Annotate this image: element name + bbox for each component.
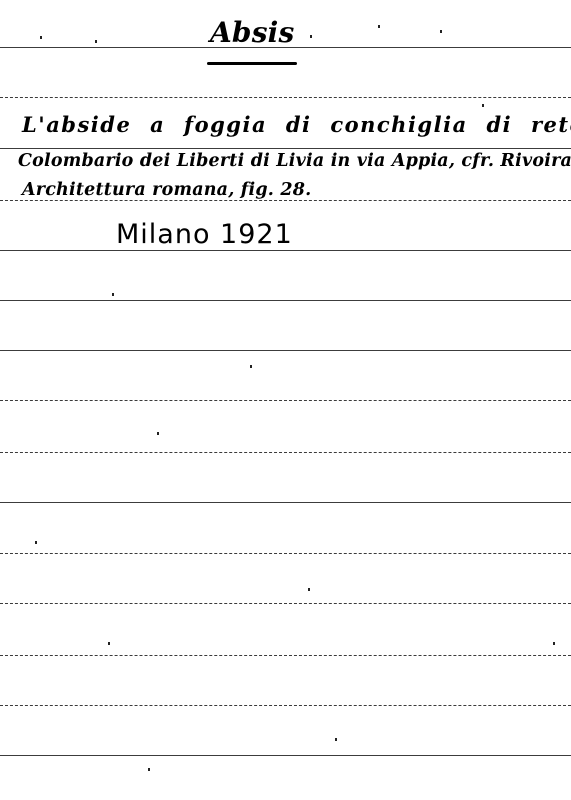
scan-speck — [482, 104, 484, 107]
scan-speck — [310, 35, 312, 38]
scan-speck — [553, 642, 555, 645]
ruled-line — [0, 705, 571, 706]
ruled-line — [0, 603, 571, 604]
ruled-line — [0, 97, 571, 98]
body-line-2: Colombario dei Liberti di Livia in via A… — [18, 151, 571, 171]
scan-speck — [108, 642, 110, 645]
scan-speck — [148, 768, 150, 771]
ruled-line — [0, 148, 571, 149]
ruled-line — [0, 400, 571, 401]
ruled-line — [0, 200, 571, 201]
ruled-line — [0, 300, 571, 301]
scan-speck — [250, 365, 252, 368]
index-card: Absis L'abside a foggia di conchiglia di… — [0, 0, 571, 800]
ruled-line — [0, 553, 571, 554]
scan-speck — [35, 541, 37, 544]
scan-speck — [335, 738, 337, 741]
scan-speck — [440, 30, 442, 33]
ruled-line — [0, 452, 571, 453]
title-underline — [207, 62, 297, 65]
ruled-line — [0, 755, 571, 756]
body-line-3: Architettura romana, fig. 28. — [22, 180, 311, 200]
scan-speck — [378, 25, 380, 28]
scan-speck — [112, 293, 114, 296]
ruled-line — [0, 250, 571, 251]
scan-speck — [308, 588, 310, 591]
place-date: Milano 1921 — [116, 219, 293, 250]
scan-speck — [95, 40, 97, 43]
scan-speck — [157, 432, 159, 435]
card-title: Absis — [210, 16, 294, 49]
scan-speck — [40, 36, 42, 39]
ruled-line — [0, 350, 571, 351]
ruled-line — [0, 655, 571, 656]
ruled-line — [0, 502, 571, 503]
body-line-1: L'abside a foggia di conchiglia di rete … — [22, 112, 571, 137]
